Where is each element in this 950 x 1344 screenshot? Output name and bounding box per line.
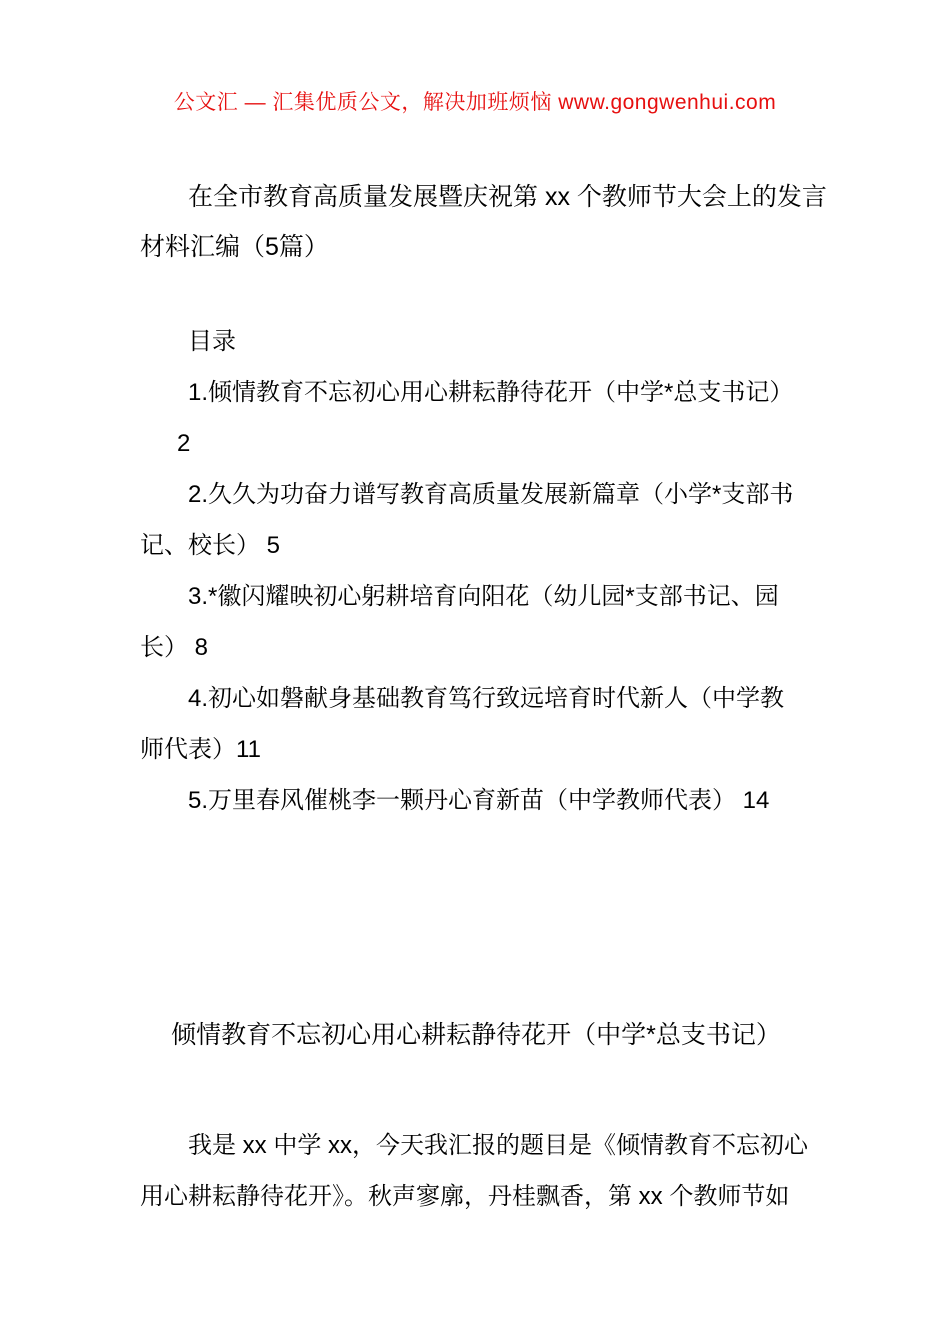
toc-item-5: 5.万里春风催桃李一颗丹心育新苗（中学教师代表） 14: [140, 775, 812, 826]
document-title-line-1: 在全市教育高质量发展暨庆祝第 xx 个教师节大会上的发言: [140, 172, 812, 222]
body-paragraph-line-1: 我是 xx 中学 xx，今天我汇报的题目是《倾情教育不忘初心: [140, 1120, 812, 1171]
document-title-line-2: 材料汇编（5篇）: [140, 222, 812, 272]
document-content: 在全市教育高质量发展暨庆祝第 xx 个教师节大会上的发言 材料汇编（5篇） 目录…: [140, 172, 812, 1222]
toc-item-2-line-1: 2.久久为功奋力谱写教育高质量发展新篇章（小学*支部书: [140, 469, 812, 520]
toc-item-3-line-2: 长） 8: [140, 622, 812, 673]
toc-heading: 目录: [140, 316, 812, 367]
body-paragraph: 我是 xx 中学 xx，今天我汇报的题目是《倾情教育不忘初心 用心耕耘静待花开》…: [140, 1120, 812, 1222]
watermark-header: 公文汇 — 汇集优质公文，解决加班烦恼 www.gongwenhui.com: [0, 88, 950, 118]
toc-item-4: 4.初心如磐献身基础教育笃行致远培育时代新人（中学教 师代表）11: [140, 673, 812, 775]
toc-item-1-page-number: 2: [140, 418, 812, 469]
body-paragraph-line-2: 用心耕耘静待花开》。秋声寥廓，丹桂飘香，第 xx 个教师节如: [140, 1171, 812, 1222]
section-heading: 倾情教育不忘初心用心耕耘静待花开（中学*总支书记）: [140, 1010, 812, 1061]
table-of-contents: 目录 1.倾情教育不忘初心用心耕耘静待花开（中学*总支书记） 2 2.久久为功奋…: [140, 316, 812, 826]
toc-item-3-line-1: 3.*徽闪耀映初心躬耕培育向阳花（幼儿园*支部书记、园: [140, 571, 812, 622]
toc-item-4-line-2: 师代表）11: [140, 724, 812, 775]
toc-item-2: 2.久久为功奋力谱写教育高质量发展新篇章（小学*支部书 记、校长） 5: [140, 469, 812, 571]
toc-item-1: 1.倾情教育不忘初心用心耕耘静待花开（中学*总支书记） 2: [140, 367, 812, 469]
toc-item-5-line-1: 5.万里春风催桃李一颗丹心育新苗（中学教师代表） 14: [140, 775, 812, 826]
toc-item-2-line-2: 记、校长） 5: [140, 520, 812, 571]
toc-item-1-line-1: 1.倾情教育不忘初心用心耕耘静待花开（中学*总支书记）: [140, 367, 812, 418]
document-title: 在全市教育高质量发展暨庆祝第 xx 个教师节大会上的发言 材料汇编（5篇）: [140, 172, 812, 272]
toc-item-4-line-1: 4.初心如磐献身基础教育笃行致远培育时代新人（中学教: [140, 673, 812, 724]
document-page: 公文汇 — 汇集优质公文，解决加班烦恼 www.gongwenhui.com 在…: [0, 0, 950, 1344]
toc-item-3: 3.*徽闪耀映初心躬耕培育向阳花（幼儿园*支部书记、园 长） 8: [140, 571, 812, 673]
